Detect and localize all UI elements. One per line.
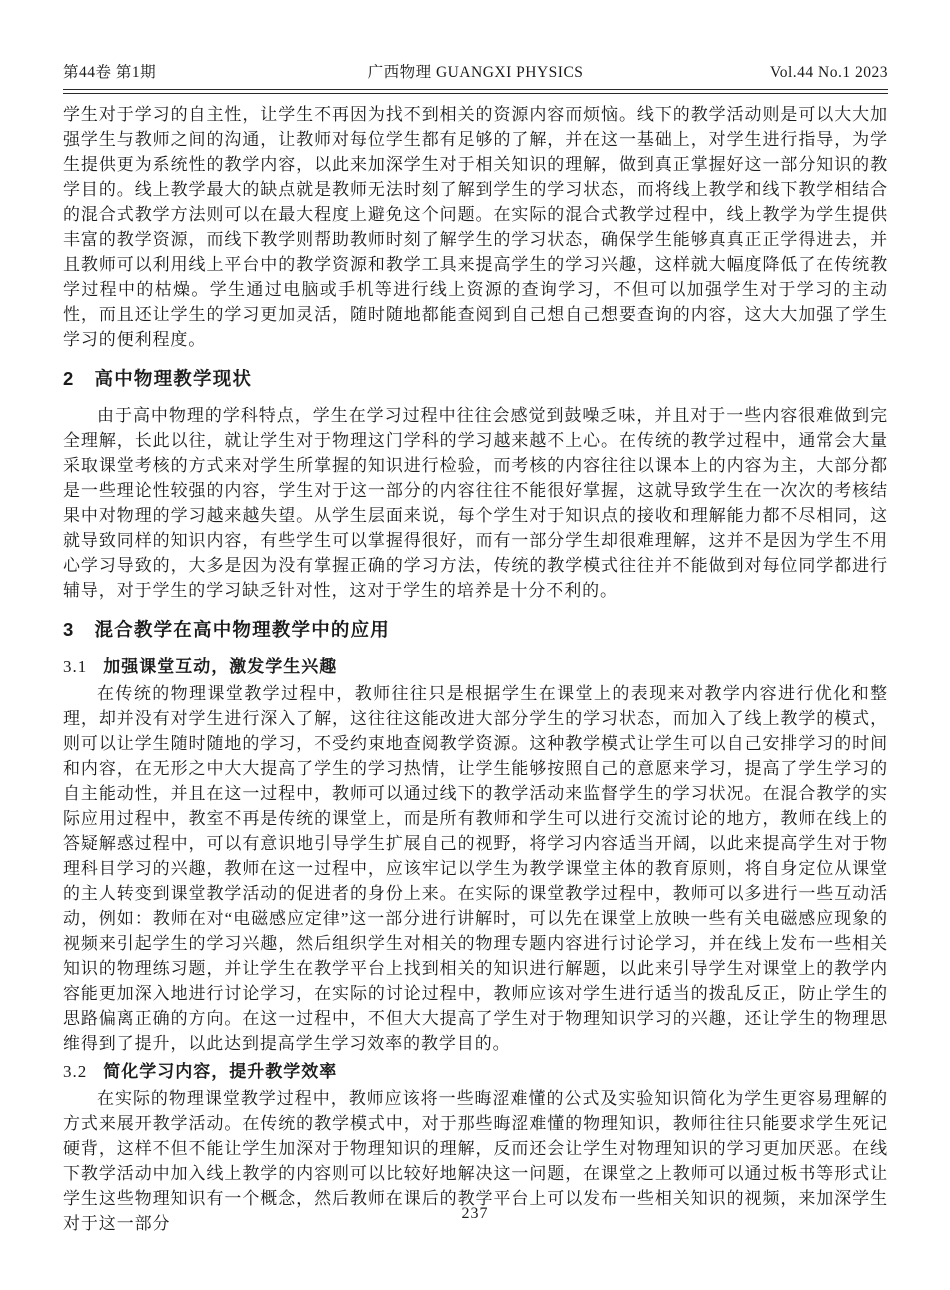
header-vol-no-year: Vol.44 No.1 2023 [645, 64, 888, 82]
article-body: 学生对于学习的自主性，让学生不再因为找不到相关的资源内容而烦恼。线下的教学活动则… [63, 102, 888, 1236]
page-number: 237 [462, 1205, 489, 1222]
body-paragraph: 在传统的物理课堂教学过程中，教师往往只是根据学生在课堂上的表现来对教学内容进行优… [63, 681, 888, 1056]
section-number: 3.1 [63, 657, 87, 676]
page-footer: 237 [0, 1205, 950, 1223]
section-heading: 3混合教学在高中物理教学中的应用 [63, 617, 888, 643]
body-paragraph: 由于高中物理的学科特点，学生在学习过程中往往会感觉到鼓噪乏味，并且对于一些内容很… [63, 403, 888, 603]
subsection-heading: 3.2简化学习内容，提升教学效率 [63, 1059, 888, 1084]
section-title: 简化学习内容，提升教学效率 [103, 1062, 337, 1081]
section-number: 2 [63, 368, 75, 389]
section-title: 加强课堂互动，激发学生兴趣 [103, 657, 337, 676]
header-double-rule [63, 89, 888, 94]
body-paragraph: 学生对于学习的自主性，让学生不再因为找不到相关的资源内容而烦恼。线下的教学活动则… [63, 102, 888, 352]
header-volume-issue: 第44卷 第1期 [63, 60, 306, 82]
header-journal-title: 广西物理 GUANGXI PHYSICS [306, 60, 646, 82]
section-heading: 2高中物理教学现状 [63, 366, 888, 392]
subsection-heading: 3.1加强课堂互动，激发学生兴趣 [63, 654, 888, 679]
section-number: 3 [63, 619, 75, 640]
section-number: 3.2 [63, 1062, 87, 1081]
page-content-area: 第44卷 第1期 广西物理 GUANGXI PHYSICS Vol.44 No.… [63, 0, 888, 1236]
section-title: 高中物理教学现状 [95, 368, 253, 389]
section-title: 混合教学在高中物理教学中的应用 [95, 619, 391, 640]
journal-header: 第44卷 第1期 广西物理 GUANGXI PHYSICS Vol.44 No.… [63, 60, 888, 82]
paper-page: 第44卷 第1期 广西物理 GUANGXI PHYSICS Vol.44 No.… [0, 0, 950, 1290]
